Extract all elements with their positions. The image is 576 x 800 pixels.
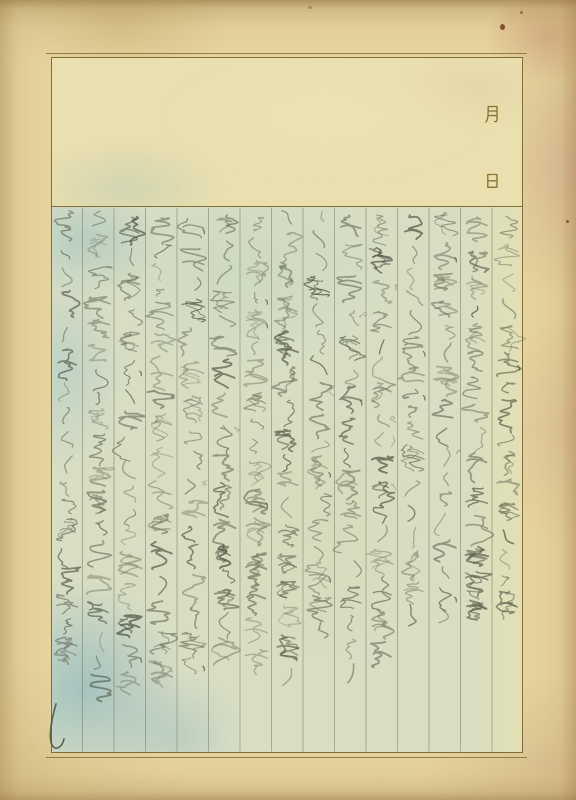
frame-outer-rule-bottom [46,757,527,758]
date-header [52,58,522,207]
frame-outer-rule-top [46,53,527,54]
page-background [0,0,576,800]
diary-frame [51,57,523,753]
paper-stain-speck [566,220,569,223]
paper-stain-speck [308,6,312,9]
writing-area [52,207,522,752]
paper-stain-speck [500,24,505,30]
paper-stain-speck [520,11,523,14]
month-label-glyph [485,105,500,124]
day-label-glyph [486,173,499,189]
